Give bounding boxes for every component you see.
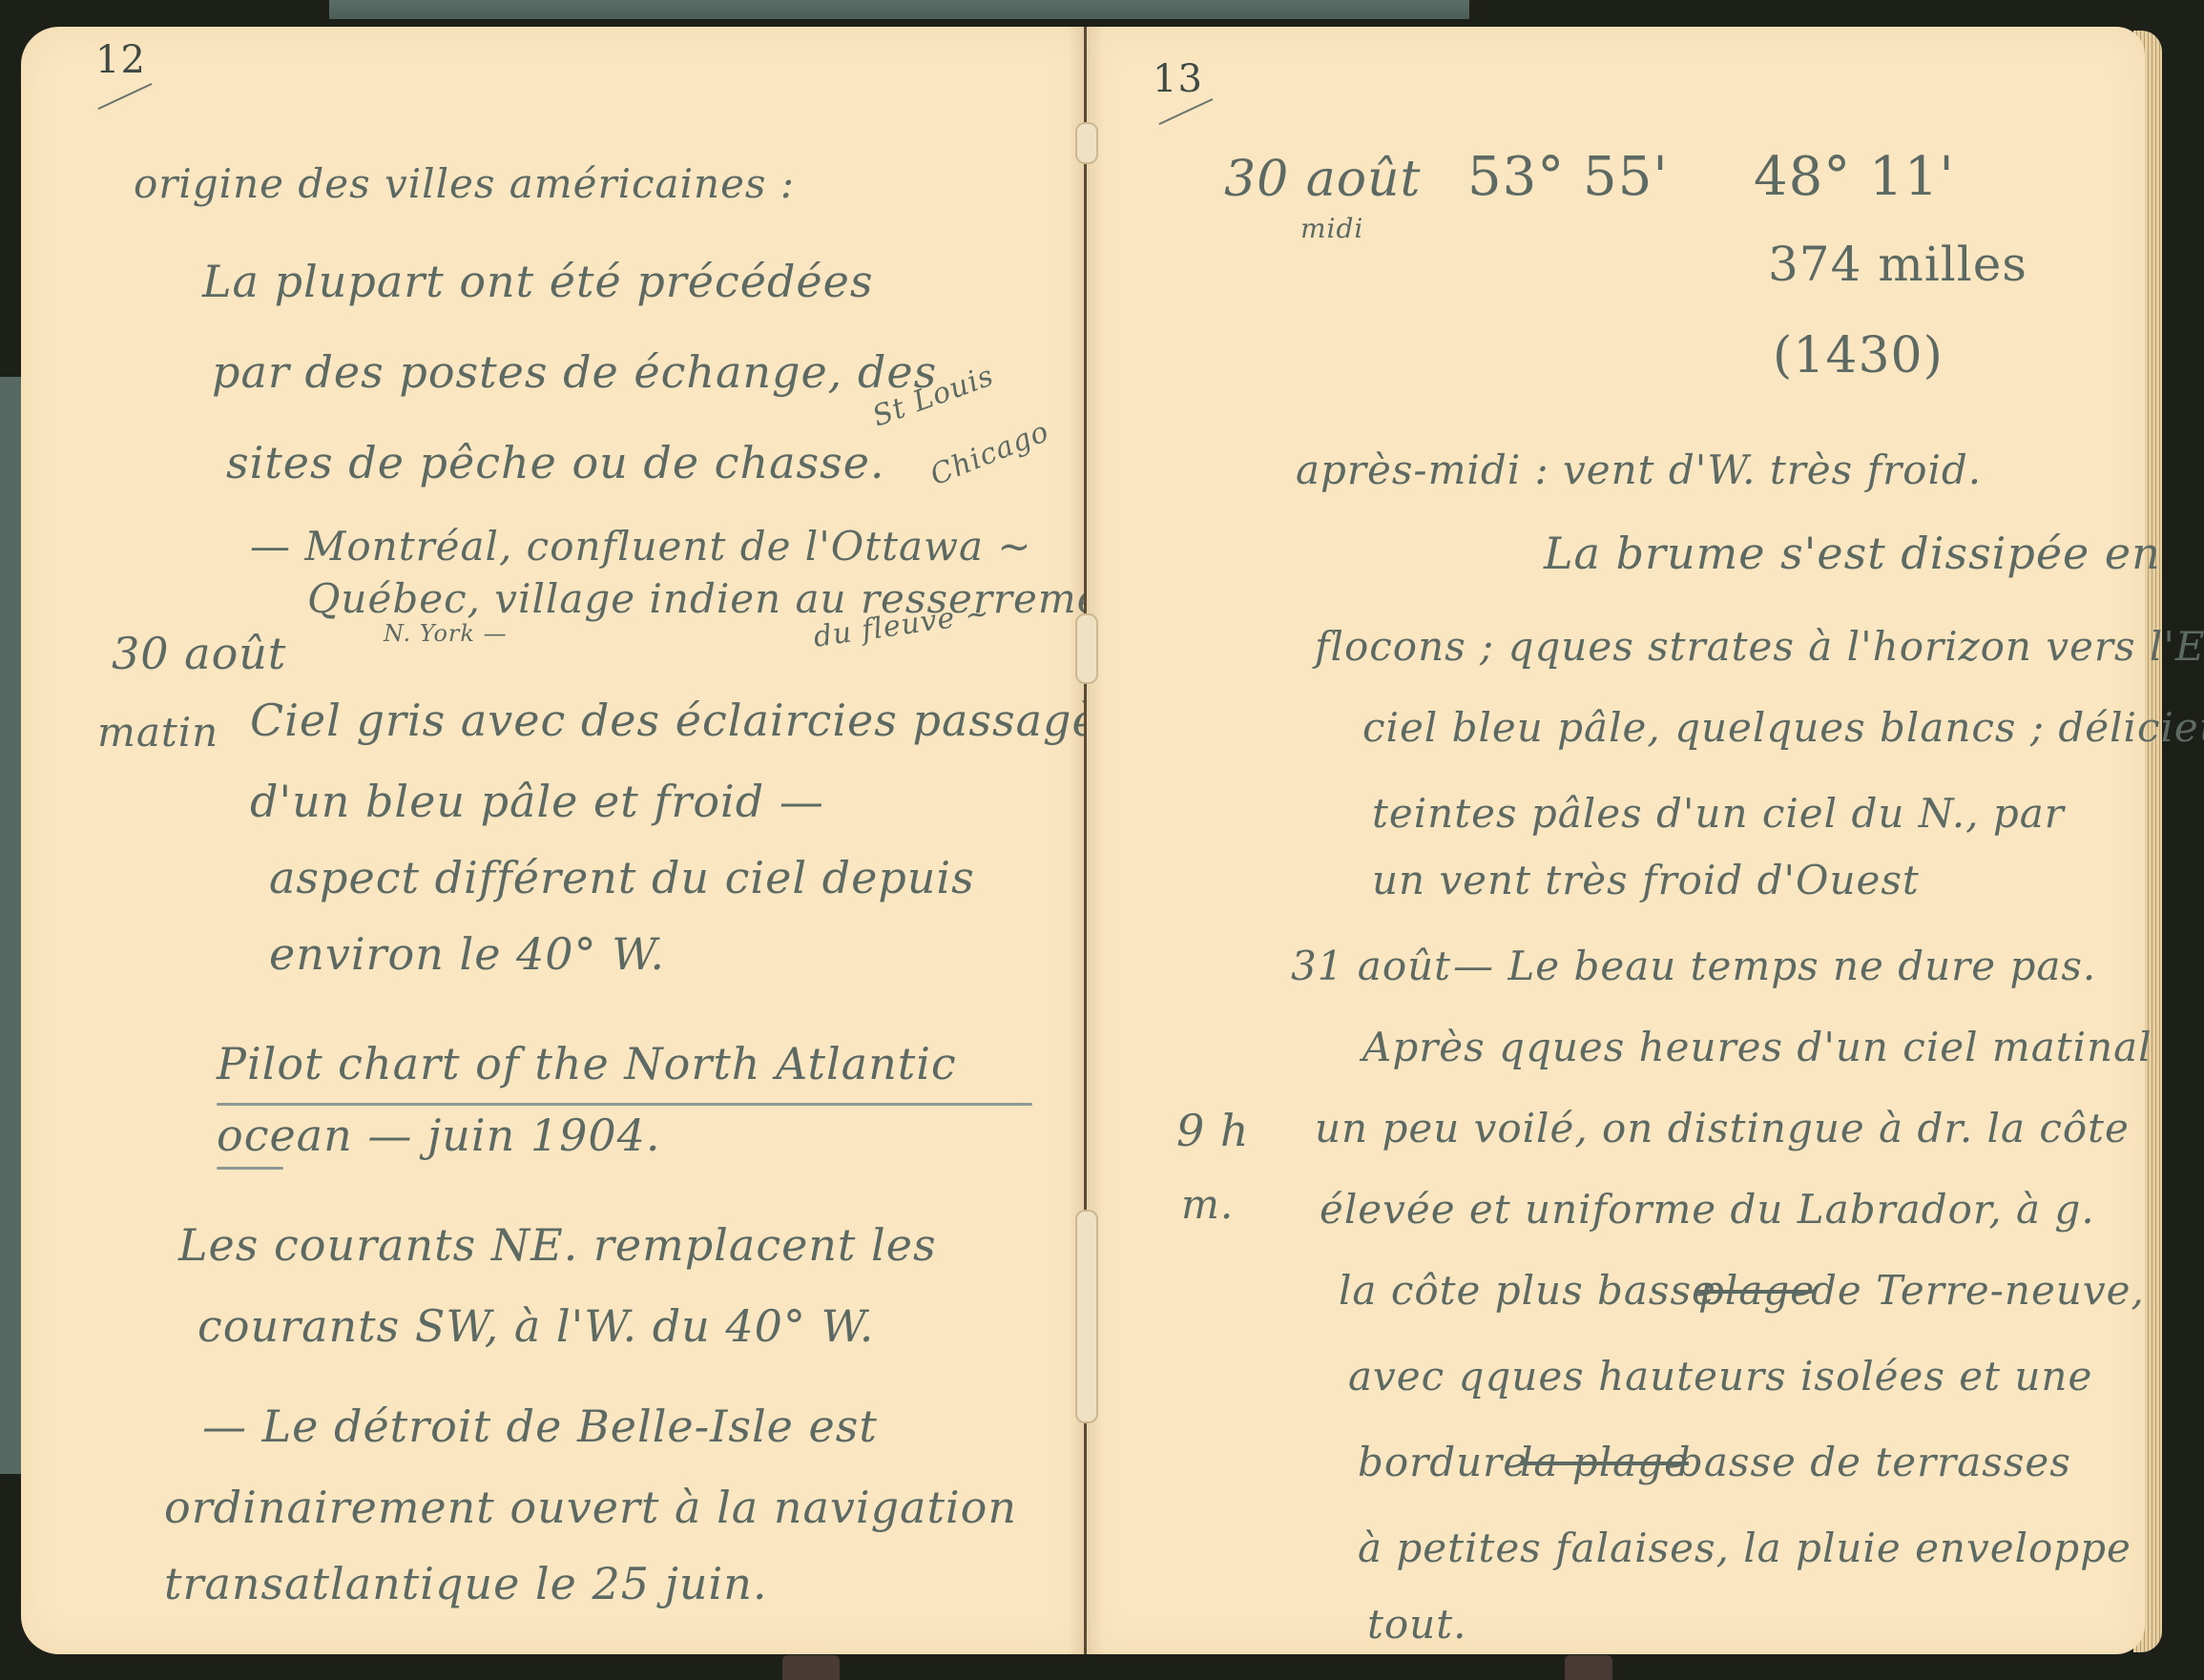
position-date: 30 août (1224, 151, 1421, 208)
entry-date: 31 août (1291, 943, 1451, 989)
afternoon-text: La brume s'est dissipée en (1544, 528, 2161, 579)
margin-time: 9 h (1176, 1105, 1250, 1156)
title-underline (217, 1103, 1032, 1106)
finger-shadow (1565, 1655, 1612, 1680)
entry-line: Après qques heures d'un ciel matinal (1362, 1024, 2152, 1070)
left-line: — Montréal, confluent de l'Ottawa ~ (250, 523, 1032, 570)
longitude: 48° 11' (1754, 146, 1955, 208)
binding-stitch (1075, 613, 1098, 684)
binding-stitch (1075, 122, 1098, 164)
entry-line: bordure (1358, 1439, 1528, 1485)
pilot-chart-subtitle: ocean — juin 1904. (217, 1110, 661, 1161)
margin-suffix: m. (1181, 1181, 1234, 1228)
entry-line: d'un bleu pâle et froid — (250, 776, 824, 827)
entry-headline: — Le beau temps ne dure pas. (1453, 943, 2096, 989)
entry-line: environ le 40° W. (269, 928, 665, 980)
entry-line: tout. (1367, 1601, 1466, 1648)
struck-word: plage (1698, 1267, 1815, 1314)
pilot-line: transatlantique le 25 juin. (164, 1558, 767, 1609)
title-underline (217, 1167, 283, 1170)
afternoon-line: après-midi : vent d'W. très froid. (1296, 446, 1982, 493)
pilot-chart-title: Pilot chart of the North Atlantic (217, 1038, 957, 1089)
page-number-left: 12 (95, 38, 146, 82)
position-time: midi (1300, 213, 1363, 244)
afternoon-text: un vent très froid d'Ouest (1372, 857, 1920, 903)
pilot-line: ordinairement ouvert à la navigation (164, 1482, 1017, 1533)
entry-line: élevée et uniforme du Labrador, à g. (1320, 1186, 2095, 1233)
pilot-line: courants SW, à l'W. du 40° W. (198, 1300, 874, 1352)
entry-time: matin (97, 709, 218, 756)
page-number-right: 13 (1153, 57, 1203, 101)
page-number-underline (97, 83, 152, 110)
left-heading: origine des villes américaines : (134, 160, 795, 207)
left-page: 12 origine des villes américaines : La p… (21, 27, 1086, 1654)
afternoon-text: flocons ; qques strates à l'horizon vers… (1315, 623, 2204, 670)
afternoon-text: teintes pâles d'un ciel du N., par (1372, 790, 2065, 837)
entry-line: de Terre-neuve, (1811, 1267, 2145, 1314)
notebook-cover-top (329, 0, 1469, 19)
left-line: sites de pêche ou de chasse. (226, 437, 885, 488)
margin-note-chicago: Chicago (925, 415, 1053, 492)
entry-line: la côte plus basse (1339, 1267, 1716, 1314)
entry-line: un peu voilé, on distingue à dr. la côte (1315, 1105, 2130, 1151)
binding-stitch (1075, 1210, 1098, 1423)
notebook-cover-left (0, 377, 23, 1474)
pilot-line: — Le détroit de Belle-Isle est (202, 1400, 878, 1452)
entry-line: avec qques hauteurs isolées et une (1348, 1353, 2092, 1400)
left-line: Québec, village indien au resserrement (307, 575, 1145, 622)
entry-line: aspect différent du ciel depuis (269, 852, 975, 903)
right-page: 13 30 août midi 53° 55' 48° 11' 374 mill… (1086, 27, 2145, 1654)
page-number-underline (1158, 98, 1213, 125)
finger-shadow (782, 1655, 840, 1680)
notebook-spread: 12 origine des villes américaines : La p… (21, 27, 2162, 1658)
left-line-insert: N. York — (384, 620, 508, 647)
total-distance: (1430) (1773, 327, 1944, 384)
entry-date: 30 août (112, 628, 286, 679)
afternoon-text: ciel bleu pâle, quelques blancs ; délici… (1362, 704, 2204, 751)
struck-word: la plage (1520, 1439, 1689, 1485)
distance: 374 milles (1768, 237, 2027, 292)
left-line: La plupart ont été précédées (202, 256, 873, 307)
latitude: 53° 55' (1467, 146, 1669, 208)
pilot-line: Les courants NE. remplacent les (178, 1219, 937, 1271)
entry-line: Ciel gris avec des éclaircies passagères (250, 695, 1172, 746)
entry-line: à petites falaises, la pluie enveloppe (1358, 1524, 2131, 1571)
entry-line: basse de terrasses (1677, 1439, 2071, 1485)
left-line: par des postes de échange, des (212, 346, 937, 398)
